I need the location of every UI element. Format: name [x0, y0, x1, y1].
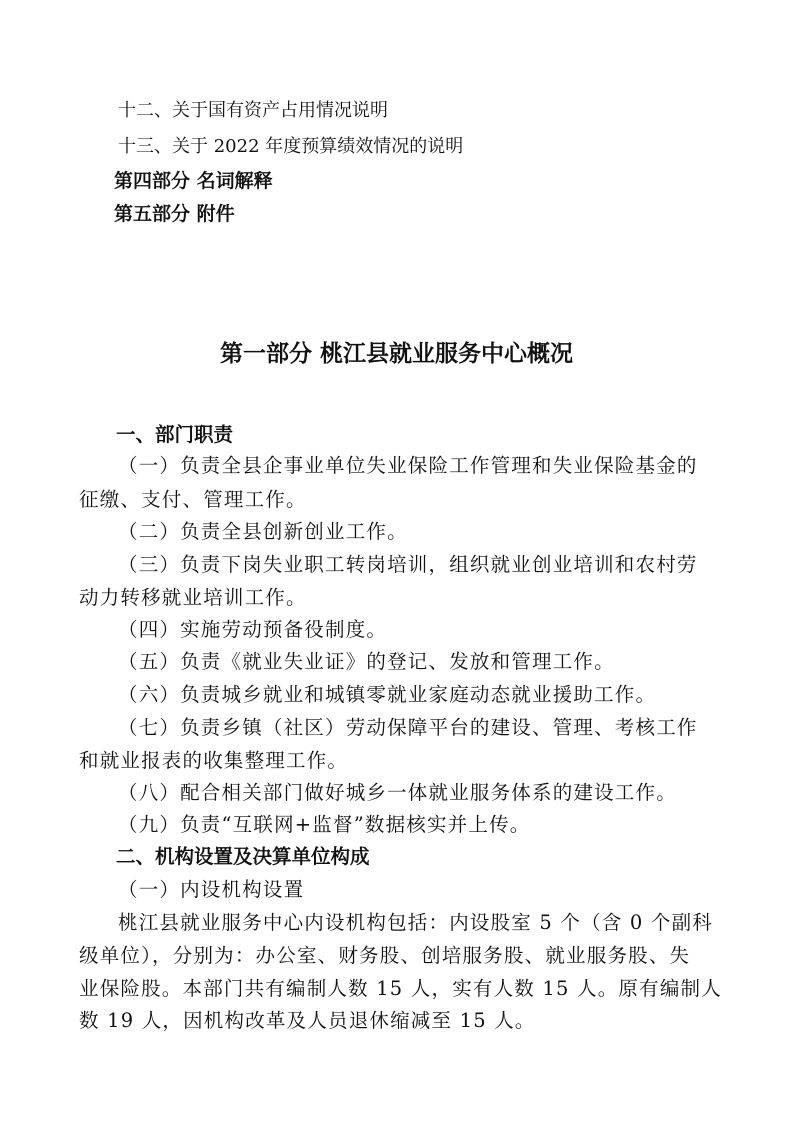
duty-2: （二）负责全县创新创业工作。 [118, 522, 408, 542]
duty-7-line-2: 和就业报表的收集整理工作。 [79, 751, 348, 771]
toc-part-5: 第五部分 附件 [114, 205, 235, 224]
duty-1-line-2: 征缴、支付、管理工作。 [79, 490, 307, 510]
toc-item-13: 十三、关于 2022 年度预算绩效情况的说明 [118, 138, 463, 156]
duty-7-line-1: （七）负责乡镇（社区）劳动保障平台的建设、管理、考核工作 [118, 718, 698, 738]
heading-duties: 一、部门职责 [116, 425, 233, 445]
org-paragraph-line-4: 数 19 人，因机构改革及人员退休缩减至 15 人。 [79, 1011, 536, 1031]
duty-5: （五）负责《就业失业证》的登记、发放和管理工作。 [118, 652, 615, 672]
duty-1-line-1: （一）负责全县企事业单位失业保险工作管理和失业保险基金的 [118, 456, 698, 476]
section-title: 第一部分 桃江县就业服务中心概况 [0, 343, 793, 366]
toc-part-4: 第四部分 名词解释 [114, 172, 273, 191]
heading-org: 二、机构设置及决算单位构成 [116, 847, 370, 867]
toc-item-12: 十二、关于国有资产占用情况说明 [118, 102, 388, 120]
duty-6: （六）负责城乡就业和城镇零就业家庭动态就业援助工作。 [118, 685, 656, 705]
org-paragraph-line-1: 桃江县就业服务中心内设机构包括：内设股室 5 个（含 0 个副科 [118, 913, 713, 933]
sub-heading-internal-org: （一）内设机构设置 [118, 880, 304, 900]
duty-8: （八）配合相关部门做好城乡一体就业服务体系的建设工作。 [118, 783, 677, 803]
org-paragraph-line-2: 级单位），分别为：办公室、财务股、创培服务股、就业服务股、失 [79, 946, 690, 966]
org-paragraph-line-3: 业保险股。本部门共有编制人数 15 人，实有人数 15 人。原有编制人 [79, 979, 722, 999]
duty-4: （四）实施劳动预备役制度。 [118, 620, 387, 640]
duty-3-line-1: （三）负责下岗失业职工转岗培训，组织就业创业培训和农村劳 [118, 555, 698, 575]
duty-3-line-2: 动力转移就业培训工作。 [79, 588, 307, 608]
duty-9: （九）负责“互联网+监督”数据核实并上传。 [118, 815, 530, 835]
